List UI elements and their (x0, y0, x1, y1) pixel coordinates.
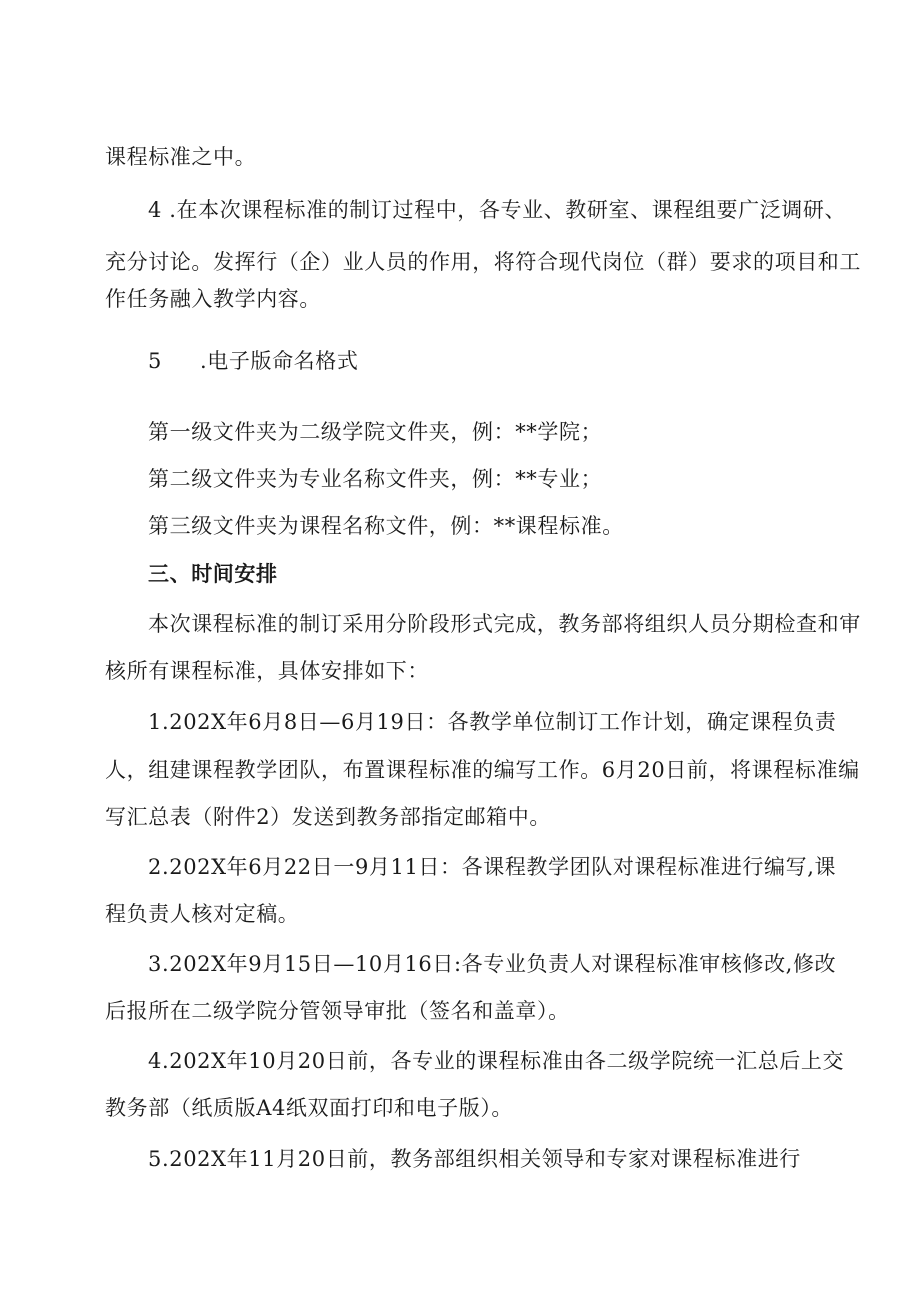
section-heading-schedule: 三、时间安排 (148, 560, 278, 588)
schedule-item-2-line-1: 2.202X年6月22日一9月11日：各课程教学团队对课程标准进行编写,课 (148, 853, 836, 881)
folder-level-2-line: 第二级文件夹为专业名称文件夹，例：**专业； (148, 465, 602, 493)
schedule-item-5-line-1: 5.202X年11月20日前，教务部组织相关领导和专家对课程标准进行 (148, 1145, 801, 1173)
list-item-4-line-1: 4 .在本次课程标准的制订过程中，各专业、教研室、课程组要广泛调研、 (148, 196, 846, 224)
paragraph-line: 课程标准之中。 (105, 143, 256, 171)
schedule-item-1-line-2: 人，组建课程教学团队，布置课程标准的编写工作。6月20日前，将课程标准编 (105, 756, 860, 784)
schedule-intro-line-1: 本次课程标准的制订采用分阶段形式完成，教务部将组织人员分期检查和审 (148, 610, 861, 638)
schedule-item-1-line-3: 写汇总表（附件2）发送到教务部指定邮箱中。 (105, 803, 551, 831)
list-item-number: 5 (148, 347, 200, 375)
document-page: 课程标准之中。 4 .在本次课程标准的制订过程中，各专业、教研室、课程组要广泛调… (0, 0, 920, 1301)
schedule-item-3-line-2: 后报所在二级学院分管领导审批（签名和盖章）。 (105, 997, 570, 1025)
schedule-item-3-line-1: 3.202X年9月15日—10月16日:各专业负责人对课程标准审核修改,修改 (148, 950, 836, 978)
folder-level-1-line: 第一级文件夹为二级学院文件夹，例：**学院； (148, 418, 602, 446)
list-item-5-heading: 5.电子版命名格式 (148, 347, 358, 375)
list-item-4-line-3: 作任务融入教学内容。 (105, 285, 321, 313)
schedule-item-1-line-1: 1.202X年6月8日—6月19日：各教学单位制订工作计划，确定课程负责 (148, 708, 836, 736)
folder-level-3-line: 第三级文件夹为课程名称文件，例：**课程标准。 (148, 512, 624, 540)
schedule-item-4-line-1: 4.202X年10月20日前，各专业的课程标准由各二级学院统一汇总后上交 (148, 1047, 844, 1075)
list-item-4-line-2: 充分讨论。发挥行（企）业人员的作用，将符合现代岗位（群）要求的项目和工 (105, 248, 861, 276)
schedule-item-4-line-2: 教务部（纸质版A4纸双面打印和电子版）。 (105, 1094, 513, 1122)
list-item-5-text: .电子版命名格式 (200, 349, 358, 373)
schedule-intro-line-2: 核所有课程标准，具体安排如下： (105, 657, 429, 685)
schedule-item-2-line-2: 程负责人核对定稿。 (105, 900, 299, 928)
